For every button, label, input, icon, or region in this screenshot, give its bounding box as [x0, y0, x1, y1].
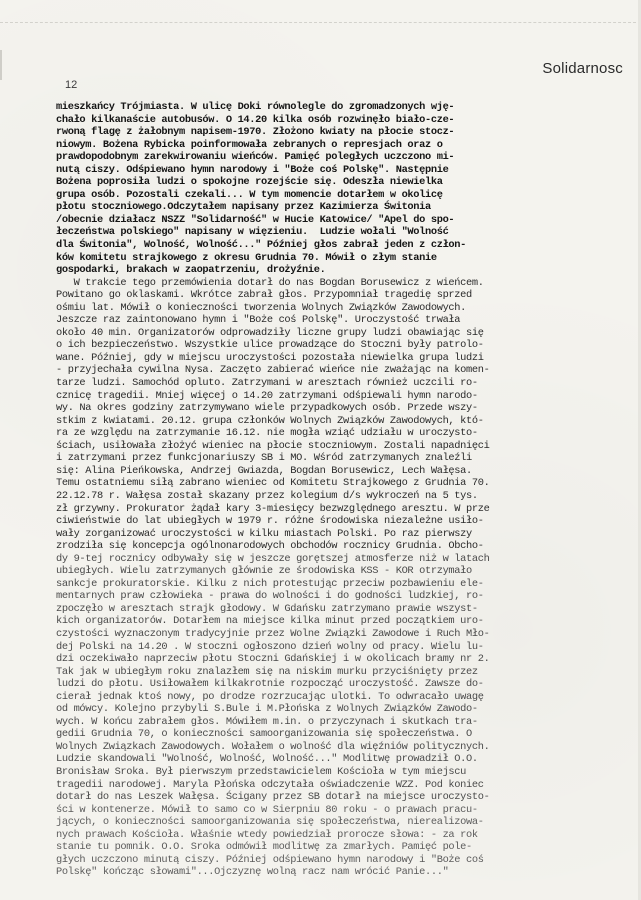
text-line: prawdopodobnym zarekwirowaniu wieńców. P… — [56, 151, 638, 164]
text-line: ra ze względu na zatrzymanie 16.12. nie … — [56, 427, 638, 440]
text-line: mieszkańcy Trójmiasta. W ulicę Doki równ… — [56, 101, 638, 114]
text-line: 22.12.78 r. Wałęsa został skazany przez … — [56, 490, 638, 503]
text-line: - przyjechała cywilna Nysa. Zaczęto zabi… — [56, 364, 638, 377]
text-line: Wolnych Związkach Zawodowych. Wołałem o … — [56, 741, 638, 754]
text-line: jących, o konieczności samoorganizowania… — [56, 816, 638, 829]
text-line: dotarł do nas Leszek Wałęsa. Ścigany prz… — [56, 791, 638, 804]
text-line: i zatrzymani przez funkcjonariuszy SB i … — [56, 452, 638, 465]
text-line: się: Alina Pieńkowska, Andrzej Gwiazda, … — [56, 465, 638, 478]
text-line: cznicę tragedii. Mniej więcej o 14.20 za… — [56, 390, 638, 403]
text-line: cierał jednak ktoś nowy, po drodze rozrz… — [56, 691, 638, 704]
text-line: dy 9-tej rocznicy odbywały się w jeszcze… — [56, 553, 638, 566]
text-line: grupa osób. Pozostali czekali... W tym m… — [56, 189, 638, 202]
text-line: ści w kontenerze. Mówił to samo co w Sie… — [56, 804, 638, 817]
text-line: Bronisław Sroka. Był pierwszym przedstaw… — [56, 766, 638, 779]
text-line: wych. W końcu zabrałem głos. Mówiłem m.i… — [56, 716, 638, 729]
text-line: tarze ludzi. Samochód opluto. Zatrzymani… — [56, 377, 638, 390]
page-number: 12 — [65, 79, 77, 91]
text-line: wy. Na okres godziny zatrzymywano wiele … — [56, 402, 638, 415]
text-line: gospodarki, brakach w zaopatrzeniu, droż… — [56, 264, 638, 277]
text-line: ciwieństwie do lat ubiegłych w 1979 r. r… — [56, 515, 638, 528]
text-line: wane. Później, gdy w miejscu uroczystośc… — [56, 352, 638, 365]
text-line: Tak jak w ubiegłym roku znalazłem się na… — [56, 666, 638, 679]
text-line: Powitano go oklaskami. Wkrótce zabrał gł… — [56, 289, 638, 302]
text-line: stanie tu pomnik. O.O. Sroka odmówił mod… — [56, 841, 638, 854]
text-line: Bożena poprosiła ludzi o spokojne rozejś… — [56, 176, 638, 189]
text-line: tragedii narodowej. Maryla Płońska odczy… — [56, 779, 638, 792]
text-line: rwoną flagę z żałobnym napisem-1970. Zło… — [56, 126, 638, 139]
text-line: ściach, usiłowała złożyć wieniec na płoc… — [56, 440, 638, 453]
text-line: Polskę" kończąc słowami"...Ojczyznę woln… — [56, 866, 638, 879]
text-line: około 40 min. Organizatorów odprowadziły… — [56, 327, 638, 340]
text-line: kich organizatorów. Dotarłem na miejsce … — [56, 615, 638, 628]
text-line: zrodziła się koncepcja ogólnonarodowych … — [56, 540, 638, 553]
text-line: łeczeństwa polskiego" napisany w więzien… — [56, 226, 638, 239]
text-line: dla Świtonia", Wolność, Wolność..." Późn… — [56, 239, 638, 252]
top-scan-rule — [0, 22, 641, 23]
text-line: ków komitetu strajkowego z okresu Grudni… — [56, 252, 638, 265]
text-line: czystości wyznaczonym tradycyjnie przez … — [56, 628, 638, 641]
text-line: ośmiu lat. Mówił o konieczności tworzeni… — [56, 302, 638, 315]
text-line: ludzi do płotu. Usiłowałem kilkakrotnie … — [56, 678, 638, 691]
text-line: gedii Grudnia 70, o konieczności samoorg… — [56, 728, 638, 741]
text-line: nutą ciszy. Odśpiewano hymn narodowy i "… — [56, 164, 638, 177]
text-line: Ludzie skandowali "Wolność, Wolność, Wol… — [56, 753, 638, 766]
text-line: niowym. Bożena Rybicka poinformowała zeb… — [56, 139, 638, 152]
text-line: nych prawach Kościoła. Właśnie wtedy pow… — [56, 829, 638, 842]
text-line: od mówcy. Kolejno przybyli S.Bule i M.Pł… — [56, 703, 638, 716]
text-line: o ich bezpieczeństwo. Wszystkie ulice pr… — [56, 339, 638, 352]
document-body: mieszkańcy Trójmiasta. W ulicę Doki równ… — [56, 101, 638, 879]
text-line: W trakcie tego przemówienia dotarł do na… — [56, 277, 638, 290]
text-line: zł grzywny. Prokurator żądał kary 3-mies… — [56, 503, 638, 516]
text-line: zpoczęło w aresztach strajk głodowy. W G… — [56, 603, 638, 616]
text-line: stkim z kwiatami. 20.12. grupa członków … — [56, 415, 638, 428]
text-line: Temu ostatniemu siłą zabrano wieniec od … — [56, 477, 638, 490]
text-line: Jeszcze raz zaintonowano hymn i "Boże co… — [56, 314, 638, 327]
text-line: dzi oczekiwało naprzeciw płotu Stoczni G… — [56, 653, 638, 666]
text-line: dej Polski na 14.20 . W stoczni ogłoszon… — [56, 641, 638, 654]
publication-title: Solidarnosc — [542, 60, 623, 77]
text-line: /obecnie działacz NSZZ "Solidarność" w H… — [56, 214, 638, 227]
text-line: płotu stoczniowego.Odczytałem napisany p… — [56, 201, 638, 214]
text-line: wały zorganizować uroczystości w kilku m… — [56, 528, 638, 541]
text-line: chało kilkanaście autobusów. O 14.20 kil… — [56, 114, 638, 127]
text-line: mentarnych praw człowieka - prawa do wol… — [56, 590, 638, 603]
left-edge-mark — [0, 50, 2, 80]
text-line: głych uczczono minutą ciszy. Później odś… — [56, 854, 638, 867]
text-line: sankcje prokuratorskie. Kilku z nich pro… — [56, 578, 638, 591]
text-line: ubiegłych. Wielu zatrzymanych głównie ze… — [56, 565, 638, 578]
